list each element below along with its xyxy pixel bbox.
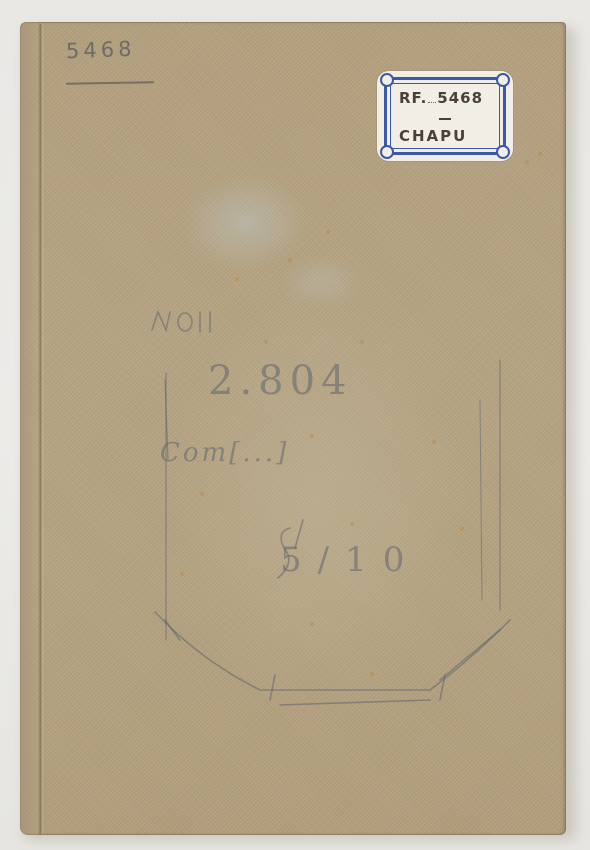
pencil-line-2804: 2.804 (208, 358, 353, 404)
pencil-inscriptions: No 11 2.804 Com[...] 5/10 (0, 0, 590, 850)
pencil-line-fraction: 5/10 (280, 540, 420, 580)
pencil-shield-drawing (0, 0, 590, 850)
pencil-line-scrawl: Com[...] (160, 438, 289, 468)
